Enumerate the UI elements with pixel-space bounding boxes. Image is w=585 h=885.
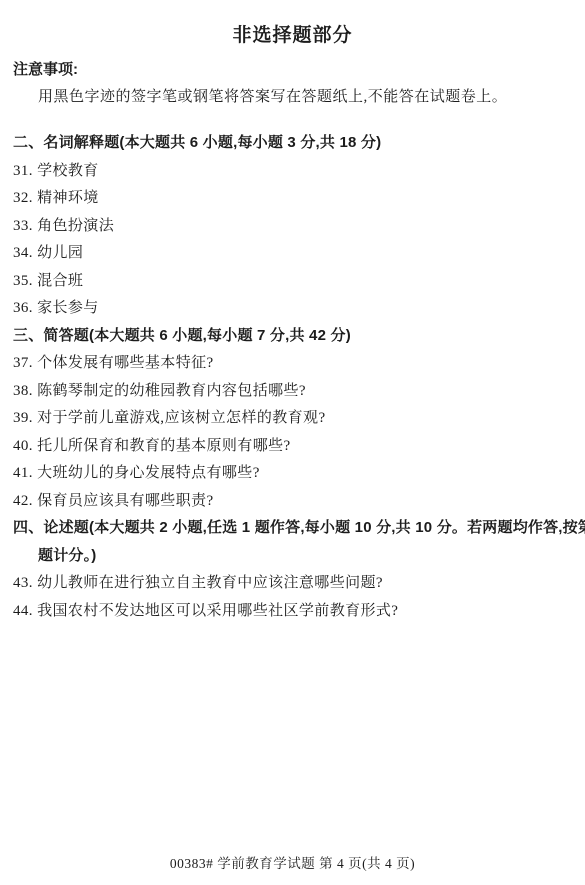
- section-3-header: 三、简答题(本大题共 6 小题,每小题 7 分,共 42 分): [13, 321, 579, 349]
- question-item-33: 33. 角色扮演法: [13, 211, 579, 239]
- question-list: 二、名词解释题(本大题共 6 小题,每小题 3 分,共 18 分) 31. 学校…: [13, 128, 579, 623]
- question-item-42: 42. 保育员应该具有哪些职责?: [13, 486, 579, 514]
- question-item-44: 44. 我国农村不发达地区可以采用哪些社区学前教育形式?: [13, 596, 579, 624]
- question-item-43: 43. 幼儿教师在进行独立自主教育中应该注意哪些问题?: [13, 568, 579, 596]
- question-item-34: 34. 幼儿园: [13, 238, 579, 266]
- question-item-31: 31. 学校教育: [13, 156, 579, 184]
- question-item-35: 35. 混合班: [13, 266, 579, 294]
- question-item-32: 32. 精神环境: [13, 183, 579, 211]
- question-item-38: 38. 陈鹤琴制定的幼稚园教育内容包括哪些?: [13, 376, 579, 404]
- page-title: 非选择题部分: [0, 20, 585, 47]
- question-item-41: 41. 大班幼儿的身心发展特点有哪些?: [13, 458, 579, 486]
- exam-paper-page: 非选择题部分 注意事项: 用黑色字迹的签字笔或钢笔将答案写在答题纸上,不能答在试…: [0, 0, 585, 885]
- page-footer: 00383# 学前教育学试题 第 4 页(共 4 页): [0, 852, 585, 872]
- question-item-39: 39. 对于学前儿童游戏,应该树立怎样的教育观?: [13, 403, 579, 431]
- notice-text: 用黑色字迹的签字笔或钢笔将答案写在答题纸上,不能答在试题卷上。: [38, 85, 507, 106]
- section-4-header-line1: 四、论述题(本大题共 2 小题,任选 1 题作答,每小题 10 分,共 10 分…: [13, 513, 579, 541]
- section-4-header-line2: 题计分。): [13, 541, 579, 569]
- question-item-40: 40. 托儿所保育和教育的基本原则有哪些?: [13, 431, 579, 459]
- section-2-header: 二、名词解释题(本大题共 6 小题,每小题 3 分,共 18 分): [13, 128, 579, 156]
- question-item-37: 37. 个体发展有哪些基本特征?: [13, 348, 579, 376]
- question-item-36: 36. 家长参与: [13, 293, 579, 321]
- notice-label: 注意事项:: [13, 58, 78, 79]
